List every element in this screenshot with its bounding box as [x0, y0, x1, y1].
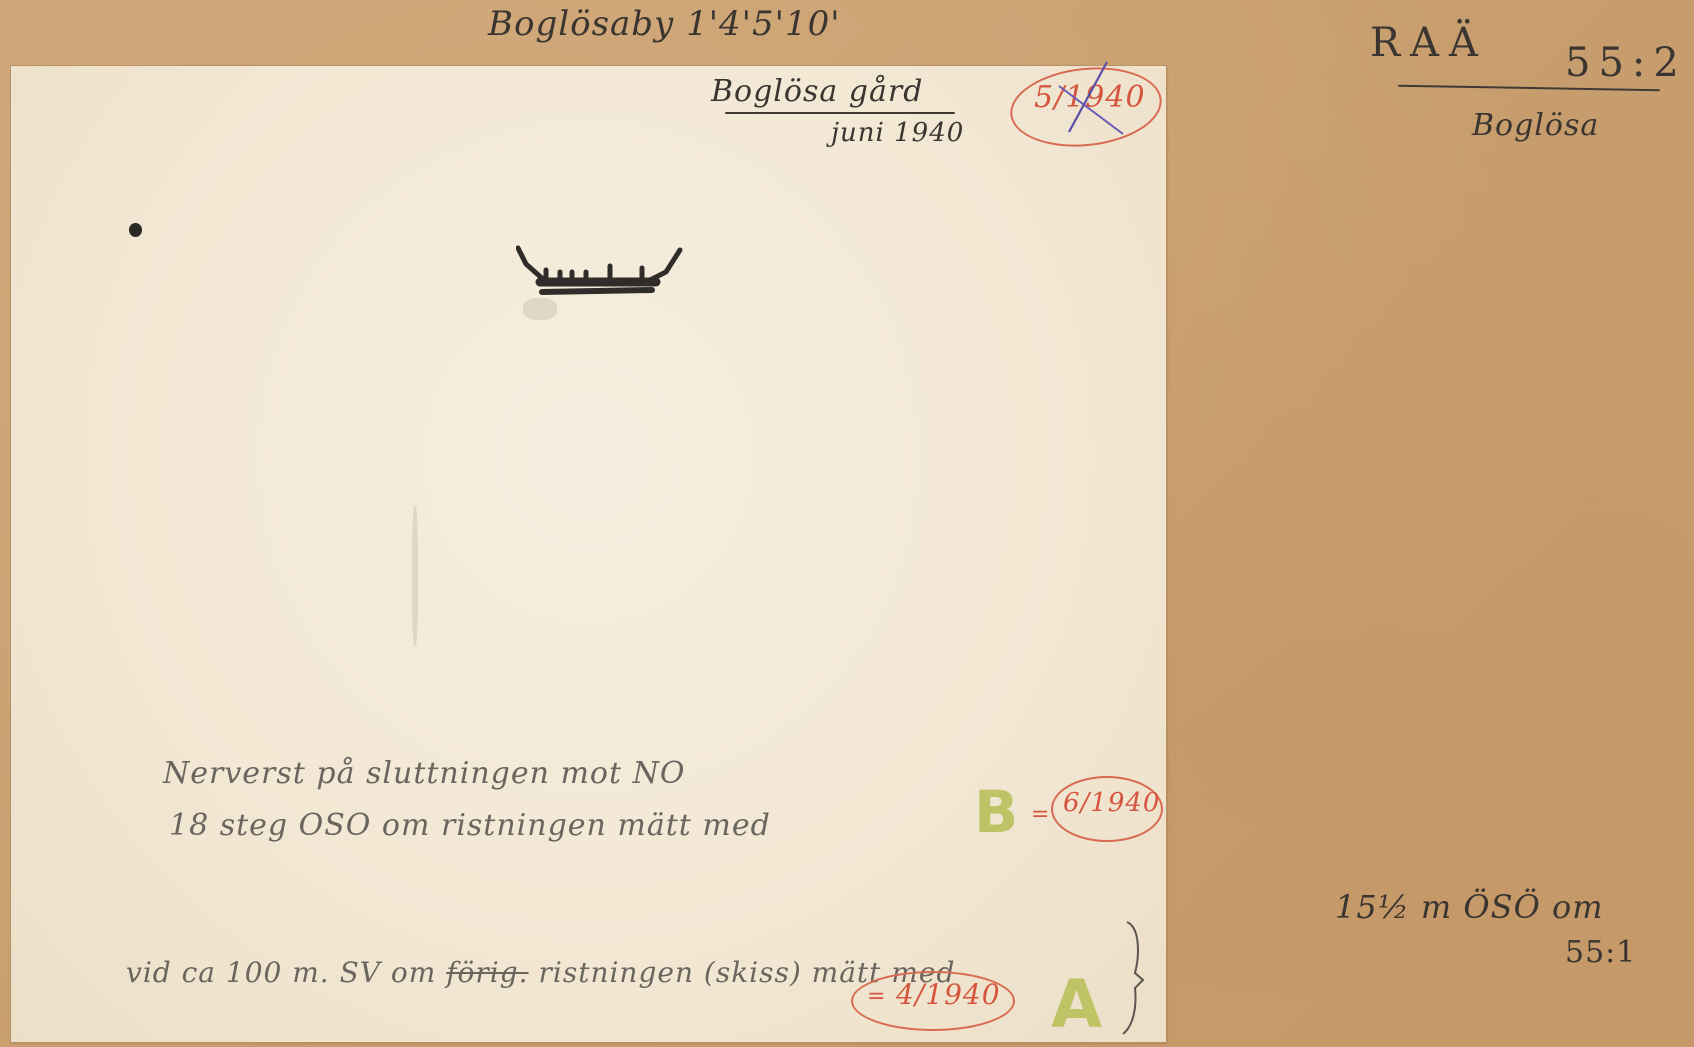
sheet-date: juni 1940 — [831, 118, 964, 148]
pencil-smudge — [523, 298, 557, 320]
blue-cross-mark-icon — [1051, 62, 1131, 142]
note-b-equals: = — [1031, 802, 1050, 827]
stamp-a-equals: = — [867, 984, 886, 1009]
ink-dot — [129, 223, 142, 237]
distance-note-line2: 55:1 — [1565, 935, 1636, 970]
note-b-line2: 18 steg OSO om ristningen mätt med — [169, 808, 771, 843]
pencil-smudge — [412, 506, 418, 646]
field-note-sheet: Boglösa gård juni 1940 5/1940 — [11, 66, 1166, 1042]
title-underline — [725, 112, 955, 114]
note-a-line1: vid ca 100 m. SV om förig. ristningen (s… — [126, 956, 955, 989]
brace-mark-icon — [1121, 918, 1151, 1038]
top-location-label: Boglösaby 1'4'5'10' — [488, 4, 841, 44]
marker-letter-a: A — [1051, 966, 1102, 1043]
sheet-title: Boglösa gård — [711, 74, 923, 109]
note-b-line1: Nerverst på sluttningen mot NO — [163, 756, 685, 791]
raa-code-prefix: RAÄ — [1370, 20, 1488, 66]
note-a-prefix: vid ca 100 m. SV om — [126, 956, 436, 989]
stamp-a-number: 4/1940 — [896, 978, 1001, 1011]
stamp-b-number: 6/1940 — [1063, 788, 1160, 818]
parish-label: Boglösa — [1472, 108, 1599, 143]
raa-code-number: 55:2 — [1565, 40, 1687, 86]
marker-letter-b: B — [974, 778, 1018, 846]
cardboard-backing: Boglösaby 1'4'5'10' RAÄ 55:2 Boglösa 15½… — [0, 0, 1694, 1047]
note-a-struck-word: förig. — [446, 956, 528, 989]
distance-note-line1: 15½ m ÖSÖ om — [1335, 888, 1604, 926]
